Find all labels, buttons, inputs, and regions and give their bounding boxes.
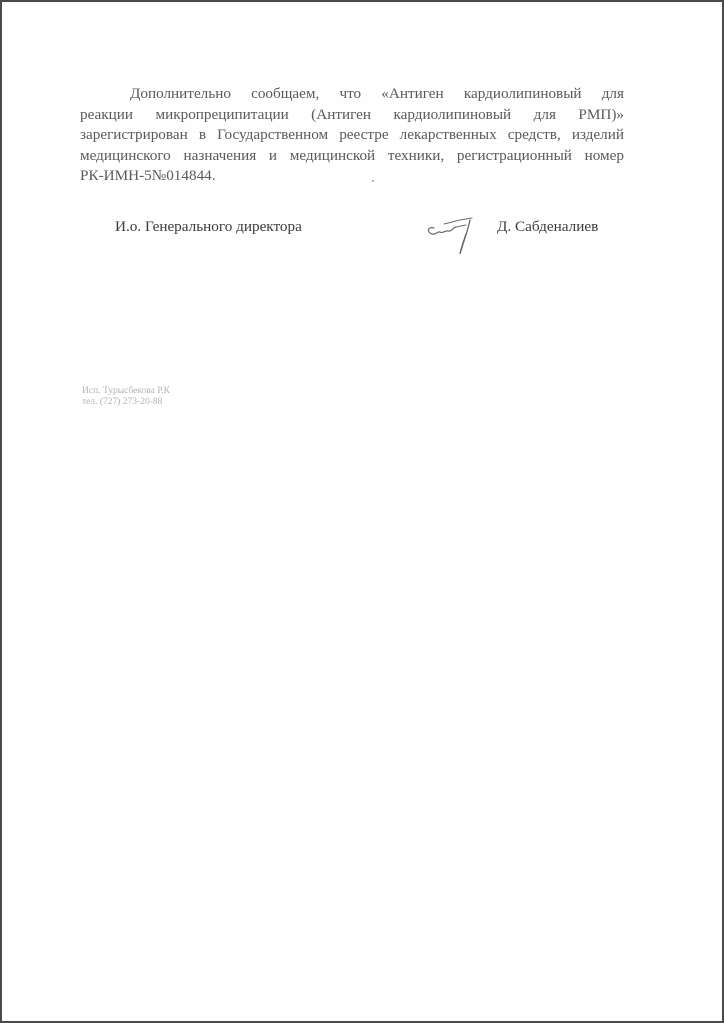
signature-icon (420, 210, 490, 260)
document-page: Дополнительно сообщаем, что «Антиген кар… (0, 0, 724, 1023)
paragraph-line: РК-ИМН-5№014844. (80, 166, 624, 187)
paragraph-line: медицинского назначения и медицинской те… (80, 146, 624, 167)
executor-note: Исп. Турысбекова Р.К тел. (727) 273-20-8… (82, 386, 170, 408)
signatory-title: И.о. Генерального директора (115, 218, 302, 236)
signatory-name: Д. Сабденалиев (497, 218, 598, 236)
paragraph-line: зарегистрирован в Государственном реестр… (80, 125, 624, 146)
paragraph-line: Дополнительно сообщаем, что «Антиген кар… (80, 84, 624, 105)
body-paragraph: Дополнительно сообщаем, что «Антиген кар… (80, 84, 624, 187)
paragraph-line: реакции микропреципитации (Антиген карди… (80, 105, 624, 126)
executor-name: Исп. Турысбекова Р.К (82, 386, 170, 397)
scan-speck (372, 180, 374, 182)
executor-phone: тел. (727) 273-20-88 (82, 397, 170, 408)
